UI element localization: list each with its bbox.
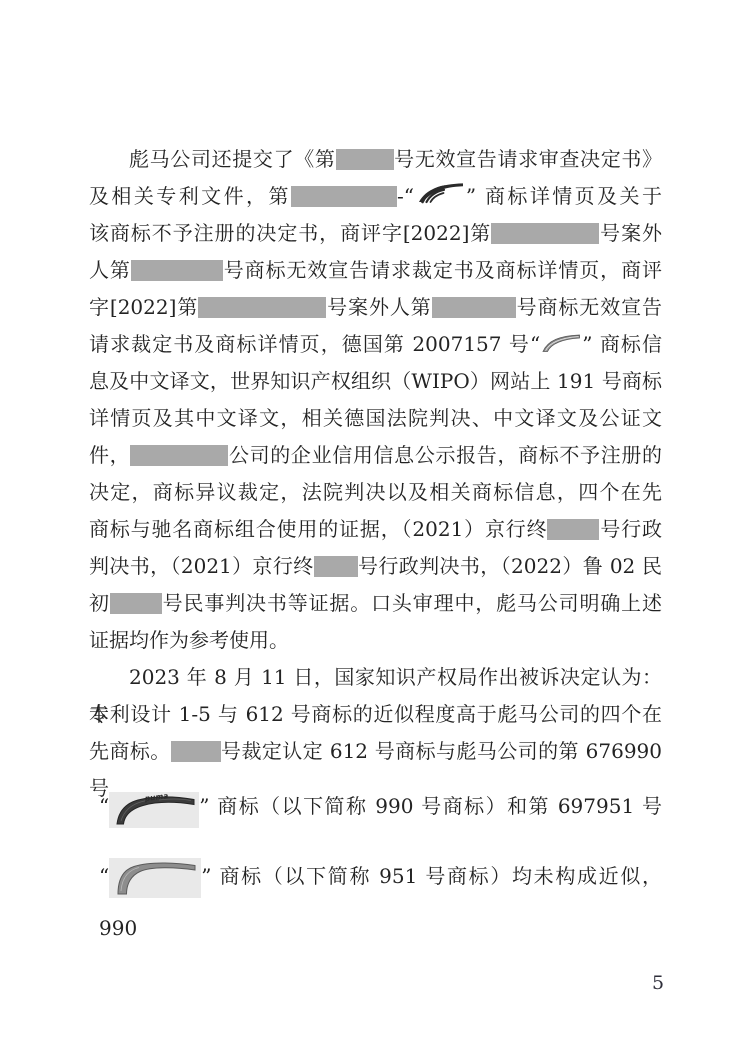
document-line: 该商标不予注册的决定书，商评字[2022]第号案外 (89, 215, 662, 252)
document-text-block: 彪马公司还提交了《第号无效宣告请求审查决定书》及相关专利文件，第-“ ” 商标详… (89, 141, 662, 902)
redaction-box (130, 445, 228, 466)
redaction-box (131, 260, 223, 281)
document-line: 及相关专利文件，第-“ ” 商标详情页及关于 (89, 178, 662, 215)
line-text: 号无效宣告请求审查决定书》 (394, 147, 662, 171)
document-page: puma 彪马公司还提交了《第号无效宣告请求审查决定书》及相关专利文件，第-“ … (0, 0, 750, 1061)
line-text: 该商标不予注册的决定书，商评字[2022]第 (89, 221, 491, 245)
line-text: 人第 (89, 258, 131, 282)
line-text: 件， (89, 443, 130, 467)
line-text: 证据均作为参考使用。 (89, 628, 289, 652)
document-line: “ ” 商标（以下简称 951 号商标）均未构成近似，990 (89, 850, 662, 902)
redaction-box (491, 223, 599, 244)
line-text: 初 (89, 591, 110, 615)
redaction-box (432, 297, 516, 318)
document-line: “ puma ” 商标（以下简称 990 号商标）和第 697951 号 (89, 780, 662, 832)
line-text: 公司的企业信用信息公示报告，商标不予注册的 (228, 443, 662, 467)
document-line: 判决书，（2021）京行终号行政判决书，（2022）鲁 02 民 (89, 548, 662, 585)
line-text: 号民事判决书等证据。口头审理中，彪马公司明确上述 (162, 591, 662, 615)
redaction-box (547, 519, 599, 540)
redaction-box (171, 741, 221, 762)
document-line: 字[2022]第号案外人第号商标无效宣告 (89, 289, 662, 326)
document-line: 商标与驰名商标组合使用的证据，（2021）京行终号行政 (89, 511, 662, 548)
line-text: 号商标无效宣告请求裁定书及商标详情页，商评 (223, 258, 662, 282)
line-text: 及相关专利文件，第 (89, 184, 291, 208)
line-text: 号案外 (599, 221, 662, 245)
line-text: “ (99, 794, 109, 818)
line-text: ” 商标信 (582, 332, 662, 356)
line-text: 专利设计 1-5 与 612 号商标的近似程度高于彪马公司的四个在 (89, 702, 662, 726)
redaction-box (291, 186, 397, 207)
redaction-box (314, 556, 358, 577)
line-text: 号案外人第 (326, 295, 431, 319)
document-line: 专利设计 1-5 与 612 号商标的近似程度高于彪马公司的四个在 (89, 696, 662, 733)
line-text: 号行政 (599, 517, 662, 541)
document-line: 彪马公司还提交了《第号无效宣告请求审查决定书》 (89, 141, 662, 178)
document-line: 先商标。号裁定认定 612 号商标与彪马公司的第 676990 号 (89, 733, 662, 770)
document-line: 决定，商标异议裁定，法院判决以及相关商标信息，四个在先 (89, 474, 662, 511)
puma-formstrip-951-trademark-image (109, 858, 201, 898)
line-text: “ (99, 864, 109, 888)
formstrip-hatched-trademark-image (540, 333, 582, 354)
line-text: 彪马公司还提交了《第 (129, 147, 336, 171)
document-line: 初号民事判决书等证据。口头审理中，彪马公司明确上述 (89, 585, 662, 622)
line-text: 决定，商标异议裁定，法院判决以及相关商标信息，四个在先 (89, 480, 662, 504)
redaction-box (198, 297, 326, 318)
line-text: ” 商标详情页及关于 (466, 184, 662, 208)
puma-formstrip-990-trademark-image: puma (109, 792, 199, 828)
line-text: 判决书，（2021）京行终 (89, 554, 314, 578)
line-text: 字[2022]第 (89, 295, 198, 319)
line-text: -“ (397, 184, 414, 208)
line-text: ” 商标（以下简称 990 号商标）和第 697951 号 (199, 794, 662, 818)
document-line: 证据均作为参考使用。 (89, 622, 662, 659)
line-text: 号商标无效宣告 (516, 295, 662, 319)
document-line: 详情页及其中文译文，相关德国法院判决、中文译文及公证文 (89, 400, 662, 437)
formstrip-stripes-trademark-image (414, 181, 466, 206)
document-line: 息及中文译文，世界知识产权组织（WIPO）网站上 191 号商标 (89, 363, 662, 400)
redaction-box (110, 593, 162, 614)
document-line: 请求裁定书及商标详情页，德国第 2007157 号“ ” 商标信 (89, 326, 662, 363)
line-text: 先商标。 (89, 739, 171, 763)
redaction-box (336, 149, 394, 170)
page-number: 5 (646, 972, 670, 994)
line-text: 请求裁定书及商标详情页，德国第 2007157 号“ (89, 332, 540, 356)
line-text: 详情页及其中文译文，相关德国法院判决、中文译文及公证文 (89, 406, 662, 430)
line-text: 号行政判决书，（2022）鲁 02 民 (358, 554, 662, 578)
document-line: 人第号商标无效宣告请求裁定书及商标详情页，商评 (89, 252, 662, 289)
document-line: 件，公司的企业信用信息公示报告，商标不予注册的 (89, 437, 662, 474)
document-line: 2023 年 8 月 11 日，国家知识产权局作出被诉决定认为：本 (89, 659, 662, 696)
line-text: 商标与驰名商标组合使用的证据，（2021）京行终 (89, 517, 547, 541)
line-text: 息及中文译文，世界知识产权组织（WIPO）网站上 191 号商标 (89, 369, 662, 393)
